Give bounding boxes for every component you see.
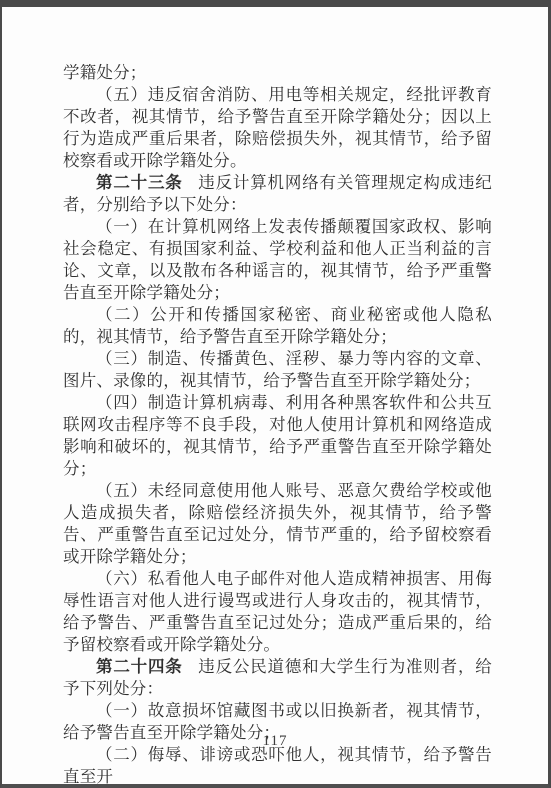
article-number-label: 第二十三条: [96, 173, 183, 192]
article-heading-paragraph: 第二十三条违反计算机网络有关管理规定构成违纪者，分别给予以下处分：: [63, 172, 492, 216]
body-paragraph: （二）公开和传播国家秘密、商业秘密或他人隐私的，视其情节，给予警告直至开除学籍处…: [63, 304, 492, 348]
scanned-document-page: 学籍处分；（五）违反宿舍消防、用电等相关规定，经批评教育不改者，视其情节，给予警…: [0, 0, 551, 788]
body-paragraph: （四）制造计算机病毒、利用各种黑客软件和公共互联网攻击程序等不良手段，对他人使用…: [63, 392, 492, 480]
document-text-block: 学籍处分；（五）违反宿舍消防、用电等相关规定，经批评教育不改者，视其情节，给予警…: [2, 7, 548, 788]
body-paragraph: （三）制造、传播黄色、淫秽、暴力等内容的文章、图片、录像的，视其情节，给予警告直…: [63, 348, 492, 392]
body-paragraph: （二）侮辱、诽谤或恐吓他人，视其情节，给予警告直至开: [63, 744, 492, 788]
article-number-label: 第二十四条: [96, 657, 183, 676]
body-paragraph: （一）在计算机网络上发表传播颠覆国家政权、影响社会稳定、有损国家利益、学校利益和…: [63, 216, 492, 304]
body-paragraph: 学籍处分；: [63, 62, 492, 84]
body-paragraph: （五）未经同意使用他人账号、恶意欠费给学校或他人造成损失者，除赔偿经济损失外，视…: [63, 480, 492, 568]
body-paragraph: （五）违反宿舍消防、用电等相关规定，经批评教育不改者，视其情节，给予警告直至开除…: [63, 84, 492, 172]
article-heading-paragraph: 第二十四条违反公民道德和大学生行为准则者，给予下列处分：: [63, 656, 492, 700]
page-number: 117: [2, 733, 548, 750]
body-paragraph: （六）私看他人电子邮件对他人造成精神损害、用侮辱性语言对他人进行谩骂或进行人身攻…: [63, 568, 492, 656]
